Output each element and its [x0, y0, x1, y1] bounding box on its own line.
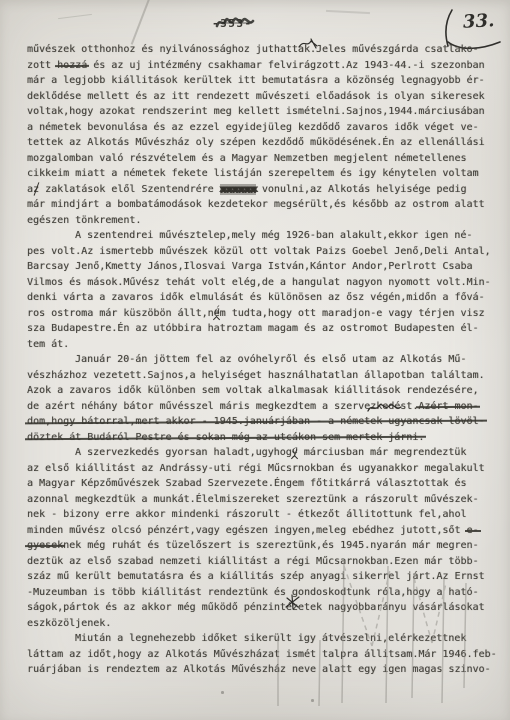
struck-text: döztek át Budáról Pestre és sokan még az… [27, 432, 424, 443]
text-line: minden művész olcsó pénzért,vagy egészen… [27, 523, 503, 539]
ink-dot [221, 691, 224, 694]
text-segment: Azok a zavaros idők különben sem voltak … [27, 385, 479, 396]
text-segment: a Magyar Képzőművészek Szabad Szervezete… [27, 478, 467, 489]
text-line: vészházhoz vezetett.Sajnos,a helyiséget … [27, 368, 503, 384]
redacted-word: xxxxxx [220, 184, 256, 195]
text-segment: nek - bizony erre akkor mindenki rászoru… [27, 509, 467, 520]
slashed-char: z [33, 184, 39, 195]
text-line: azonnal megkezdtük a munkát.Élelmiszerek… [27, 492, 503, 508]
text-line: tettek az Alkotás Művészház oly szépen k… [27, 135, 503, 151]
text-line: pes volt.Az ismertebb művészek közül ott… [27, 244, 503, 260]
handwritten-squiggle-annotation [296, 36, 320, 50]
paper-crease [131, 0, 151, 45]
text-segment: tem át. [27, 339, 69, 350]
text-line: denki várta a zavaros idők elmulását és … [27, 290, 503, 306]
text-segment: cikkeim miatt a németek fekete listáján … [27, 168, 479, 179]
text-segment: deklődése mellett és az itt rendezett mű… [27, 91, 485, 102]
text-segment: pes volt.Az ismertebb művészek közül ott… [27, 246, 491, 257]
text-line: A szervezkedés gyorsan haladt,ugyhogy má… [27, 445, 503, 461]
text-line: nek - bizony erre akkor mindenki rászoru… [27, 507, 503, 523]
text-line: Barcsay Jenő,Kmetty János,Ilosvai Varga … [27, 259, 503, 275]
paper-speck [58, 14, 92, 19]
handwritten-insert-letter: a [292, 447, 298, 461]
text-segment: minden művész olcsó pénzért,vagy egészen… [27, 525, 467, 536]
text-line: Január 20-án jöttem fel az ovóhelyről és… [27, 352, 503, 368]
text-segment: a németek bevonulása és az ezzel egyidej… [27, 122, 479, 133]
text-segment: denki várta a zavaros idők elmulását és … [27, 292, 485, 303]
text-line: művészek otthonhoz és nyilvánossághoz ju… [27, 42, 503, 58]
text-segment: de azért néhány bátor művésszel máris me… [27, 401, 418, 412]
text-segment: Január 20-án jöttem fel az ovóhelyről és… [75, 354, 466, 365]
text-line: dom,hogy bátorral,mert akkor - 1945.janu… [27, 414, 503, 430]
text-line: ros ostroma már küszöbön állt,nem tudta,… [27, 306, 503, 322]
text-segment: tettek az Alkotás Művészház oly szépen k… [27, 137, 485, 148]
page-number-scribble-annotation [209, 13, 261, 35]
text-segment: eszközöljenek. [27, 618, 111, 629]
text-line: voltak,hogy azokat rendszerint meg kelle… [27, 104, 503, 120]
struck-text: gyesek [27, 540, 63, 551]
text-segment: Barcsay Jenő,Kmetty János,Ilosvai Varga … [27, 261, 473, 272]
text-segment: és az uj intézmény csakhamar felvirágzot… [87, 60, 484, 71]
struck-text: hozzá [57, 60, 87, 71]
text-segment: zott [27, 60, 57, 71]
text-segment: az első kiállitást az Andrássy-uti régi … [27, 463, 485, 474]
pencil-m-watermark [270, 548, 480, 718]
text-segment: vészházhoz vezetett.Sajnos,a helyiséget … [27, 370, 485, 381]
text-line: cikkeim miatt a németek fekete listáján … [27, 166, 503, 182]
text-segment: Vilmos és mások.Művész tehát volt elég,d… [27, 277, 491, 288]
text-segment: A szentendrei művésztelep,mely még 1926-… [75, 230, 472, 241]
text-segment: voltak,hogy azokat rendszerint meg kelle… [27, 106, 485, 117]
text-segment: sza Budapestre.Én az utóbbira hatroztam … [27, 323, 479, 334]
text-line: a Magyar Képzőművészek Szabad Szervezete… [27, 476, 503, 492]
text-line: tem át. [27, 337, 503, 353]
text-line: az első kiállitást az Andrássy-uti régi … [27, 461, 503, 477]
struck-text: dom,hogy bátorral,mert akkor - 1945.janu… [27, 416, 485, 427]
text-line: Azok a zavaros idők különben sem voltak … [27, 383, 503, 399]
text-segment: már a legjobb kiállitások kerültek itt b… [27, 75, 485, 86]
text-line: már a legjobb kiállitások kerültek itt b… [27, 73, 503, 89]
text-line: Vilmos és mások.Művész tehát volt elég,d… [27, 275, 503, 291]
struck-text: Azért mon- [418, 401, 478, 412]
text-line: az zaklatások elől Szentendrére xxxxxx v… [27, 182, 503, 198]
struck-text: e- [467, 525, 479, 536]
text-line: deklődése mellett és az itt rendezett mű… [27, 89, 503, 105]
text-segment: egészen tönkrement. [27, 215, 141, 226]
text-line: A szentendrei művésztelep,mely még 1926-… [27, 228, 503, 244]
text-line: a németek bevonulása és az ezzel egyidej… [27, 120, 503, 136]
text-line: mozgalomban való részvételem és a Magyar… [27, 151, 503, 167]
text-segment: vonulni,az Alkotás helyisége pedig [256, 184, 467, 195]
text-line: sza Budapestre.Én az utóbbira hatroztam … [27, 321, 503, 337]
text-segment: ros ostroma már küszöbön állt,nem tudta,… [27, 308, 485, 319]
text-segment: azonnal megkezdtük a munkát.Élelmiszerek… [27, 494, 479, 505]
text-segment: A szervezkedés gyorsan haladt,ugyhogy má… [75, 447, 466, 458]
scanned-document-page: -353- 33. művészek otthonhoz és nyilváno… [0, 0, 510, 720]
text-line: már mindjárt a bombatámodások kezdetekor… [27, 197, 503, 213]
text-line: döztek át Budáról Pestre és sokan még az… [27, 430, 503, 446]
text-segment: zaklatások elől Szentendrére [39, 184, 220, 195]
text-line: egészen tönkrement. [27, 213, 503, 229]
paper-speck [326, 10, 370, 14]
handwritten-squiggle-annotation [366, 401, 404, 415]
text-segment: művészek otthonhoz és nyilvánossághoz ju… [27, 44, 479, 55]
text-segment: már mindjárt a bombatámodások kezdetekor… [27, 199, 485, 210]
text-line: de azért néhány bátor művésszel máris me… [27, 399, 503, 415]
text-line: zott hozzá és az uj intézmény csakhamar … [27, 58, 503, 74]
handwritten-insert-letter: á [214, 308, 220, 322]
text-segment: mozgalomban való részvételem és a Magyar… [27, 153, 467, 164]
